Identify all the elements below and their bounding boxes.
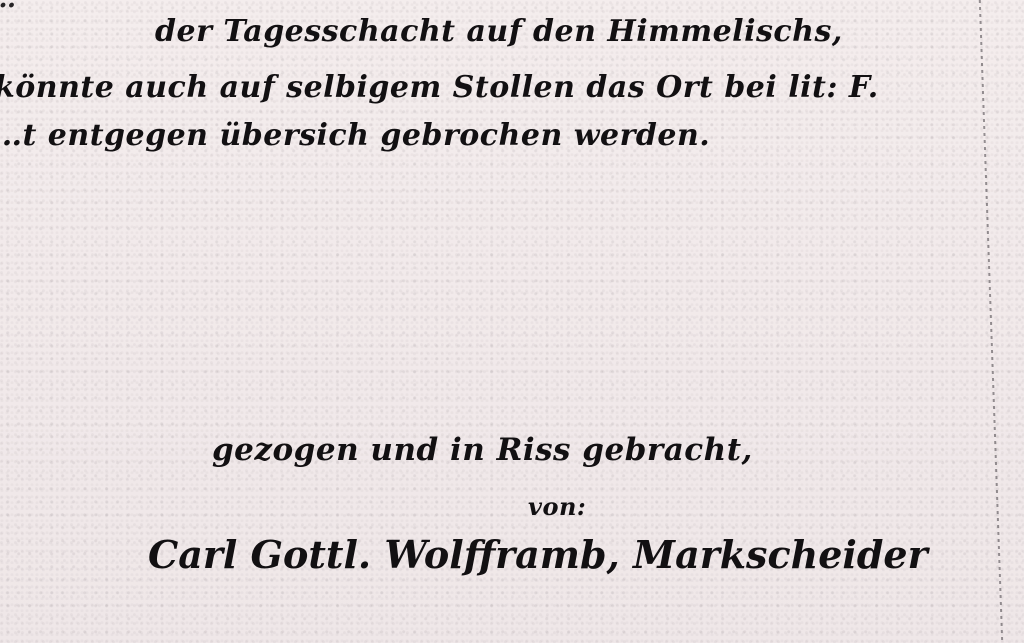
partial-top-line: … [0,0,17,14]
text-line-2: könnte auch auf selbigem Stollen das Ort… [0,70,879,105]
signature: Carl Gottl. Wolfframb, Markscheider [148,532,928,577]
closing-line: gezogen und in Riss gebracht, [212,432,753,468]
manuscript-page: … der Tagesschacht auf den Himmelischs, … [0,0,1024,643]
text-line-3: …t entgegen übersich gebrochen werden. [0,118,710,153]
page-margin-line [979,0,1003,643]
by-line: von: [528,492,586,521]
text-line-1: der Tagesschacht auf den Himmelischs, [155,14,843,49]
